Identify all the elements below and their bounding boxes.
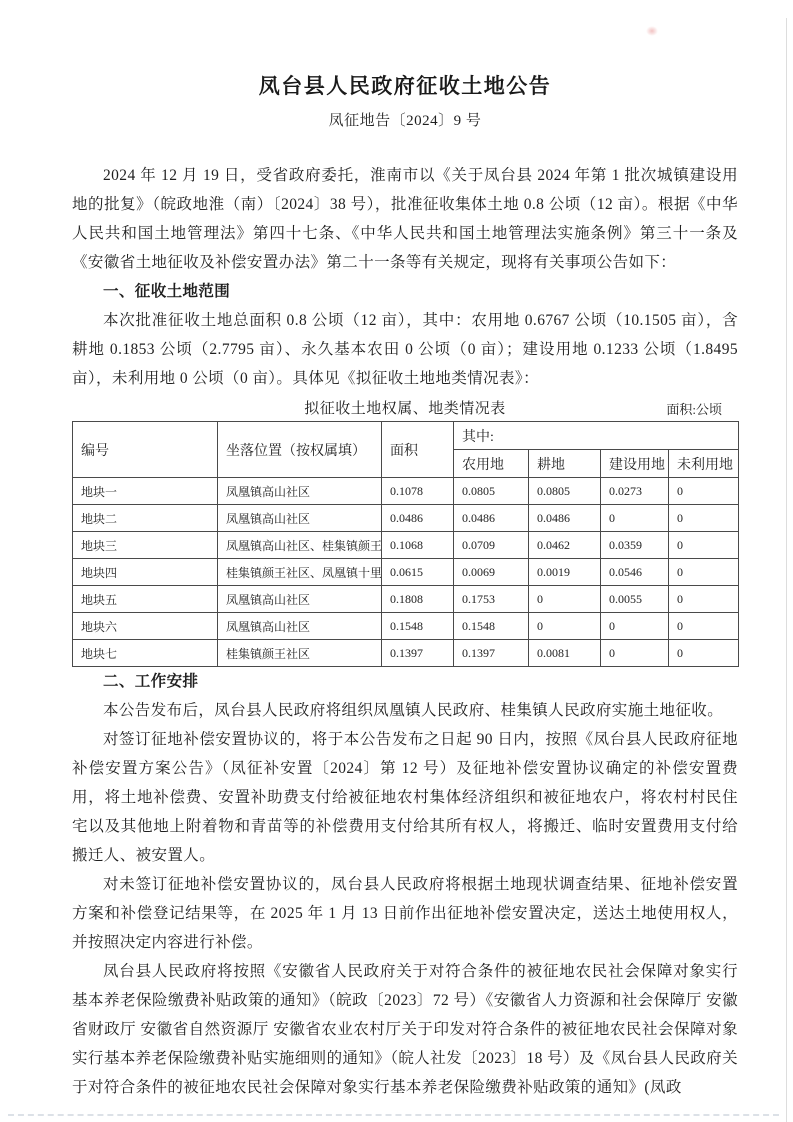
cell-agri: 0.0805 — [454, 478, 529, 505]
cell-arable: 0.0805 — [529, 478, 601, 505]
work-paragraph-1: 本公告发布后，凤台县人民政府将组织凤凰镇人民政府、桂集镇人民政府实施土地征收。 — [72, 696, 738, 725]
cell-location: 凤凰镇高山社区 — [218, 586, 382, 613]
section2-heading: 二、工作安排 — [72, 667, 738, 696]
cell-location: 凤凰镇高山社区、桂集镇颜王社区 — [218, 532, 382, 559]
section1-body: 本次批准征收土地总面积 0.8 公顷（12 亩），其中：农用地 0.6767 公… — [72, 306, 738, 393]
cell-arable: 0.0462 — [529, 532, 601, 559]
col-header-construction: 建设用地 — [601, 450, 669, 478]
cell-area: 0.1068 — [382, 532, 454, 559]
cell-agri: 0.1548 — [454, 613, 529, 640]
cell-construction: 0 — [601, 505, 669, 532]
cell-arable: 0.0019 — [529, 559, 601, 586]
cell-plot-id: 地块六 — [73, 613, 218, 640]
cell-location: 凤凰镇高山社区 — [218, 478, 382, 505]
scan-bottom-dashed-line — [8, 1114, 779, 1116]
cell-construction: 0.0359 — [601, 532, 669, 559]
cell-arable: 0.0081 — [529, 640, 601, 667]
cell-plot-id: 地块五 — [73, 586, 218, 613]
cell-arable: 0.0486 — [529, 505, 601, 532]
col-header-arable: 耕地 — [529, 450, 601, 478]
cell-agri: 0.0486 — [454, 505, 529, 532]
table-row: 地块二 凤凰镇高山社区 0.0486 0.0486 0.0486 0 0 — [73, 505, 739, 532]
document-content: 凤台县人民政府征收土地公告 凤征地告〔2024〕9 号 2024 年 12 月 … — [72, 70, 738, 1102]
scan-page-edge-line — [786, 18, 787, 1122]
work-paragraph-2: 对签订征地补偿安置协议的，将于本公告发布之日起 90 日内，按照《凤台县人民政府… — [72, 725, 738, 870]
scanned-document-page: 凤台县人民政府征收土地公告 凤征地告〔2024〕9 号 2024 年 12 月 … — [0, 0, 793, 1122]
document-number: 凤征地告〔2024〕9 号 — [72, 109, 738, 130]
table-title: 拟征收土地权属、地类情况表 — [72, 397, 738, 418]
cell-location: 桂集镇颜王社区 — [218, 640, 382, 667]
cell-construction: 0 — [601, 640, 669, 667]
col-header-unused: 未利用地 — [669, 450, 739, 478]
cell-plot-id: 地块一 — [73, 478, 218, 505]
cell-location: 桂集镇颜王社区、凤凰镇十里沟村 — [218, 559, 382, 586]
table-unit-note: 面积:公顷 — [666, 399, 722, 418]
col-header-location: 坐落位置（按权属填） — [218, 422, 382, 478]
section1-heading: 一、征收土地范围 — [72, 277, 738, 306]
cell-construction: 0.0546 — [601, 559, 669, 586]
table-row: 地块七 桂集镇颜王社区 0.1397 0.1397 0.0081 0 0 — [73, 640, 739, 667]
cell-plot-id: 地块七 — [73, 640, 218, 667]
cell-arable: 0 — [529, 613, 601, 640]
col-header-id: 编号 — [73, 422, 218, 478]
col-header-breakdown: 其中: — [454, 422, 739, 450]
paragraph-intro: 2024 年 12 月 19 日，受省政府委托，淮南市以《关于凤台县 2024 … — [72, 161, 738, 277]
cell-plot-id: 地块三 — [73, 532, 218, 559]
cell-area: 0.0615 — [382, 559, 454, 586]
cell-area: 0.1808 — [382, 586, 454, 613]
cell-unused: 0 — [669, 640, 739, 667]
cell-unused: 0 — [669, 478, 739, 505]
cell-unused: 0 — [669, 532, 739, 559]
table-row: 地块三 凤凰镇高山社区、桂集镇颜王社区 0.1068 0.0709 0.0462… — [73, 532, 739, 559]
work-paragraph-4: 凤台县人民政府将按照《安徽省人民政府关于对符合条件的被征地农民社会保障对象实行基… — [72, 957, 738, 1102]
table-header-row-1: 编号 坐落位置（按权属填） 面积 其中: — [73, 422, 739, 450]
cell-area: 0.1548 — [382, 613, 454, 640]
col-header-agri: 农用地 — [454, 450, 529, 478]
work-paragraph-3: 对未签订征地补偿安置协议的，凤台县人民政府将根据土地现状调查结果、征地补偿安置方… — [72, 870, 738, 957]
cell-location: 凤凰镇高山社区 — [218, 613, 382, 640]
cell-plot-id: 地块二 — [73, 505, 218, 532]
document-body: 2024 年 12 月 19 日，受省政府委托，淮南市以《关于凤台县 2024 … — [72, 161, 738, 1102]
table-row: 地块五 凤凰镇高山社区 0.1808 0.1753 0 0.0055 0 — [73, 586, 739, 613]
land-parcel-table: 编号 坐落位置（按权属填） 面积 其中: 农用地 耕地 建设用地 未利用地 地块… — [72, 421, 739, 667]
cell-unused: 0 — [669, 505, 739, 532]
cell-construction: 0.0273 — [601, 478, 669, 505]
document-title: 凤台县人民政府征收土地公告 — [72, 70, 738, 100]
cell-construction: 0.0055 — [601, 586, 669, 613]
cell-agri: 0.0709 — [454, 532, 529, 559]
cell-arable: 0 — [529, 586, 601, 613]
cell-unused: 0 — [669, 586, 739, 613]
col-header-area: 面积 — [382, 422, 454, 478]
cell-unused: 0 — [669, 613, 739, 640]
cell-plot-id: 地块四 — [73, 559, 218, 586]
cell-unused: 0 — [669, 559, 739, 586]
cell-area: 0.0486 — [382, 505, 454, 532]
cell-agri: 0.1753 — [454, 586, 529, 613]
cell-construction: 0 — [601, 613, 669, 640]
table-row: 地块六 凤凰镇高山社区 0.1548 0.1548 0 0 0 — [73, 613, 739, 640]
cell-location: 凤凰镇高山社区 — [218, 505, 382, 532]
table-caption: 拟征收土地权属、地类情况表 面积:公顷 — [72, 396, 738, 421]
table-row: 地块一 凤凰镇高山社区 0.1078 0.0805 0.0805 0.0273 … — [73, 478, 739, 505]
table-row: 地块四 桂集镇颜王社区、凤凰镇十里沟村 0.0615 0.0069 0.0019… — [73, 559, 739, 586]
scan-ink-speck — [646, 26, 658, 36]
cell-agri: 0.0069 — [454, 559, 529, 586]
cell-agri: 0.1397 — [454, 640, 529, 667]
cell-area: 0.1078 — [382, 478, 454, 505]
cell-area: 0.1397 — [382, 640, 454, 667]
